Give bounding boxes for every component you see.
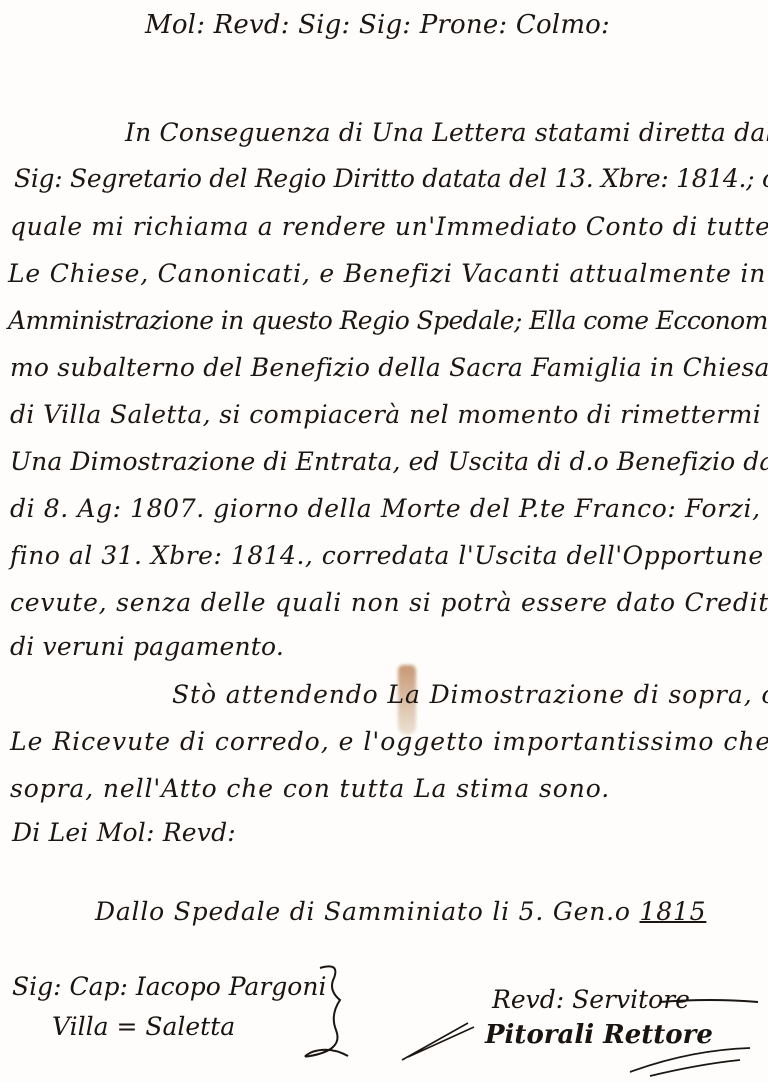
body-line-6: mo subalterno del Benefizio della Sacra … <box>10 353 768 382</box>
body-line-8: Una Dimostrazione di Entrata, ed Uscita … <box>10 447 768 476</box>
body-line-7: di Villa Saletta, si compiacerà nel mome… <box>10 400 761 429</box>
manuscript-page: Mol: Revd: Sig: Sig: Prone: Colmo: In Co… <box>0 0 768 1082</box>
signature-dash-icon <box>398 1015 478 1065</box>
body-line-9: di 8. Ag: 1807. giorno della Morte del P… <box>10 494 761 523</box>
body-line-3: quale mi richiama a rendere un'Immediato… <box>10 212 768 241</box>
dateline-year: 1815 <box>640 897 707 926</box>
body-line-5: Amministrazione in questo Regio Spedale;… <box>8 306 768 335</box>
dateline-text: Dallo Spedale di Samminiato li 5. Gen.o <box>95 897 631 926</box>
salutation: Mol: Revd: Sig: Sig: Prone: Colmo: <box>145 10 610 40</box>
closing-line-2: Le Ricevute di corredo, e l'oggetto impo… <box>10 727 768 756</box>
body-line-11: cevute, senza delle quali non si potrà e… <box>10 588 768 617</box>
body-line-2: Sig: Segretario del Regio Diritto datata… <box>14 164 768 193</box>
addressee-line-1: Sig: Cap: Iacopo Pargoni <box>12 972 326 1001</box>
closing-line-4: Di Lei Mol: Revd: <box>12 818 236 847</box>
addressee-line-2: Villa = Saletta <box>52 1012 235 1041</box>
body-line-12: di veruni pagamento. <box>10 632 284 661</box>
body-line-4: Le Chiese, Canonicati, e Benefizi Vacant… <box>8 259 766 288</box>
closing-line-1: Stò attendendo La Dimostrazione di sopra… <box>172 680 768 709</box>
signature-underline-icon <box>660 990 760 1010</box>
dateline: Dallo Spedale di Samminiato li 5. Gen.o … <box>95 897 706 926</box>
brace-flourish-icon <box>300 960 360 1070</box>
body-line-1: In Conseguenza di Una Lettera statami di… <box>125 118 768 147</box>
body-line-10: fino al 31. Xbre: 1814., corredata l'Usc… <box>10 541 768 570</box>
closing-line-3: sopra, nell'Atto che con tutta La stima … <box>10 774 610 803</box>
signature-paraph-icon <box>620 1040 760 1080</box>
